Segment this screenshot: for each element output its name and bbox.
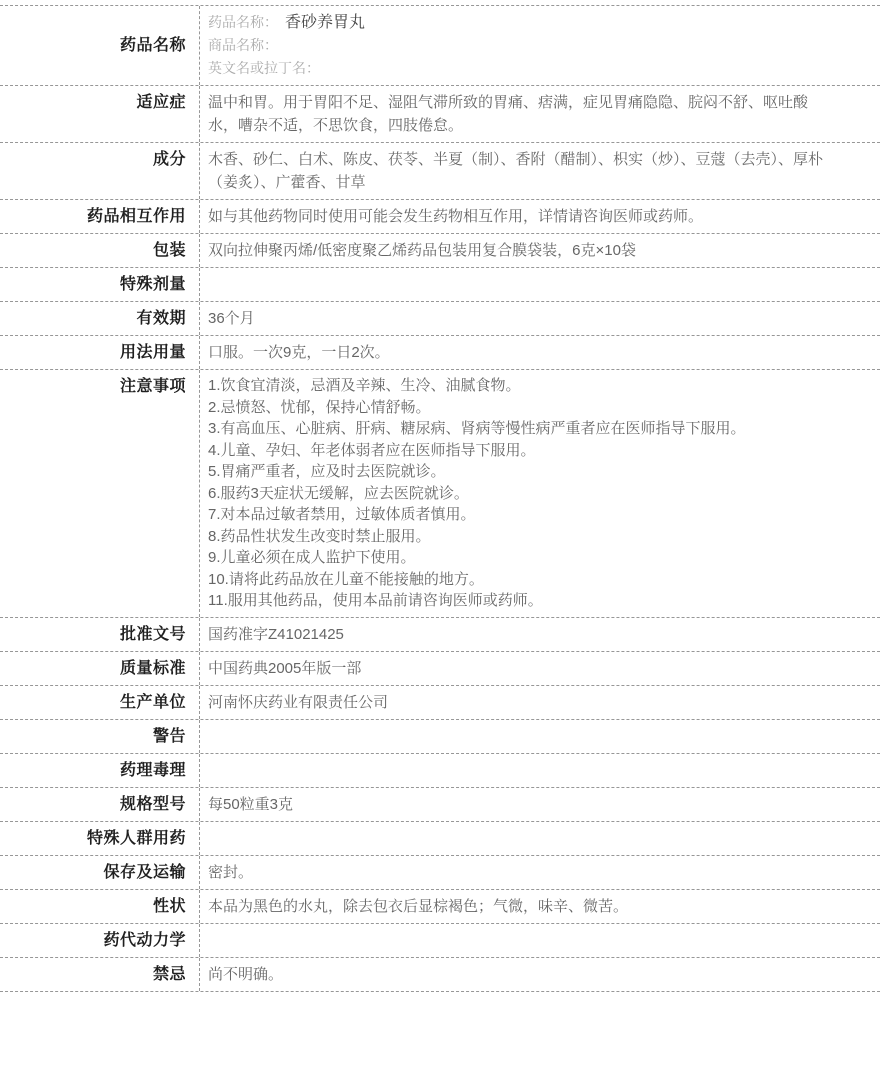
row-label-contraindications: 禁忌 xyxy=(0,958,200,991)
row-label-drug-interactions: 药品相互作用 xyxy=(0,200,200,233)
row-content-contraindications: 尚不明确。 xyxy=(200,958,880,991)
row-label-special-population: 特殊人群用药 xyxy=(0,822,200,855)
row-label-shelf-life: 有效期 xyxy=(0,302,200,335)
precaution-item: 4.儿童、孕妇、年老体弱者应在医师指导下服用。 xyxy=(208,440,832,462)
table-row-special-population: 特殊人群用药 xyxy=(0,822,880,856)
row-label-pharmacology-toxicology: 药理毒理 xyxy=(0,754,200,787)
table-row-indications: 适应症温中和胃。用于胃阳不足、湿阻气滞所致的胃痛、痞满，症见胃痛隐隐、脘闷不舒、… xyxy=(0,86,880,143)
table-row-approval-number: 批准文号国药准字Z41021425 xyxy=(0,618,880,652)
table-row-contraindications: 禁忌尚不明确。 xyxy=(0,958,880,992)
precaution-item: 6.服药3天症状无缓解，应去医院就诊。 xyxy=(208,483,832,505)
row-label-precautions: 注意事项 xyxy=(0,370,200,617)
drug-name-value: 香砂养胃丸 xyxy=(285,14,365,31)
row-content-drug-name: 药品名称：香砂养胃丸商品名称：英文名或拉丁名： xyxy=(200,6,880,85)
row-label-pharmacokinetics: 药代动力学 xyxy=(0,924,200,957)
row-content-special-dosage xyxy=(200,268,880,301)
table-row-drug-interactions: 药品相互作用如与其他药物同时使用可能会发生药物相互作用，详情请咨询医师或药师。 xyxy=(0,200,880,234)
row-content-pharmacology-toxicology xyxy=(200,754,880,787)
row-label-properties: 性状 xyxy=(0,890,200,923)
row-label-special-dosage: 特殊剂量 xyxy=(0,268,200,301)
row-content-approval-number: 国药准字Z41021425 xyxy=(200,618,880,651)
name-field-label: 药品名称： xyxy=(208,14,278,30)
precaution-item: 7.对本品过敏者禁用，过敏体质者慎用。 xyxy=(208,504,832,526)
row-content-storage-transport: 密封。 xyxy=(200,856,880,889)
row-content-specification: 每50粒重3克 xyxy=(200,788,880,821)
table-row-pharmacology-toxicology: 药理毒理 xyxy=(0,754,880,788)
table-row-manufacturer: 生产单位河南怀庆药业有限责任公司 xyxy=(0,686,880,720)
precaution-item: 2.忌愤怒、忧郁，保持心情舒畅。 xyxy=(208,397,832,419)
row-label-manufacturer: 生产单位 xyxy=(0,686,200,719)
precaution-item: 1.饮食宜清淡，忌酒及辛辣、生冷、油腻食物。 xyxy=(208,375,832,397)
row-label-warning: 警告 xyxy=(0,720,200,753)
name-field-label: 英文名或拉丁名： xyxy=(208,60,320,76)
table-row-precautions: 注意事项1.饮食宜清淡，忌酒及辛辣、生冷、油腻食物。2.忌愤怒、忧郁，保持心情舒… xyxy=(0,370,880,618)
name-field-line: 药品名称：香砂养胃丸 xyxy=(208,11,832,34)
row-label-quality-standard: 质量标准 xyxy=(0,652,200,685)
row-label-packaging: 包装 xyxy=(0,234,200,267)
row-label-specification: 规格型号 xyxy=(0,788,200,821)
table-row-ingredients: 成分木香、砂仁、白术、陈皮、茯苓、半夏（制）、香附（醋制）、枳实（炒）、豆蔻（去… xyxy=(0,143,880,200)
table-row-packaging: 包装双向拉伸聚丙烯/低密度聚乙烯药品包装用复合膜袋装，6克×10袋 xyxy=(0,234,880,268)
row-content-indications: 温中和胃。用于胃阳不足、湿阻气滞所致的胃痛、痞满，症见胃痛隐隐、脘闷不舒、呕吐酸… xyxy=(200,86,880,142)
name-field-line: 商品名称： xyxy=(208,34,832,57)
name-field-line: 英文名或拉丁名： xyxy=(208,57,832,80)
table-row-warning: 警告 xyxy=(0,720,880,754)
row-label-storage-transport: 保存及运输 xyxy=(0,856,200,889)
precaution-item: 3.有高血压、心脏病、肝病、糖尿病、肾病等慢性病严重者应在医师指导下服用。 xyxy=(208,418,832,440)
row-content-precautions: 1.饮食宜清淡，忌酒及辛辣、生冷、油腻食物。2.忌愤怒、忧郁，保持心情舒畅。3.… xyxy=(200,370,880,617)
table-row-properties: 性状本品为黑色的水丸，除去包衣后显棕褐色；气微，味辛、微苦。 xyxy=(0,890,880,924)
table-row-drug-name: 药品名称药品名称：香砂养胃丸商品名称：英文名或拉丁名： xyxy=(0,6,880,86)
row-content-special-population xyxy=(200,822,880,855)
table-row-quality-standard: 质量标准中国药典2005年版一部 xyxy=(0,652,880,686)
name-field-label: 商品名称： xyxy=(208,37,278,53)
row-content-drug-interactions: 如与其他药物同时使用可能会发生药物相互作用，详情请咨询医师或药师。 xyxy=(200,200,880,233)
row-content-usage-dosage: 口服。一次9克，一日2次。 xyxy=(200,336,880,369)
precaution-item: 8.药品性状发生改变时禁止服用。 xyxy=(208,526,832,548)
precaution-item: 9.儿童必须在成人监护下使用。 xyxy=(208,547,832,569)
row-content-pharmacokinetics xyxy=(200,924,880,957)
table-row-shelf-life: 有效期36个月 xyxy=(0,302,880,336)
row-label-approval-number: 批准文号 xyxy=(0,618,200,651)
row-label-drug-name: 药品名称 xyxy=(0,6,200,85)
row-content-ingredients: 木香、砂仁、白术、陈皮、茯苓、半夏（制）、香附（醋制）、枳实（炒）、豆蔻（去壳）… xyxy=(200,143,880,199)
table-row-special-dosage: 特殊剂量 xyxy=(0,268,880,302)
row-content-warning xyxy=(200,720,880,753)
table-row-usage-dosage: 用法用量口服。一次9克，一日2次。 xyxy=(0,336,880,370)
row-content-packaging: 双向拉伸聚丙烯/低密度聚乙烯药品包装用复合膜袋装，6克×10袋 xyxy=(200,234,880,267)
row-content-manufacturer: 河南怀庆药业有限责任公司 xyxy=(200,686,880,719)
table-row-specification: 规格型号每50粒重3克 xyxy=(0,788,880,822)
row-content-shelf-life: 36个月 xyxy=(200,302,880,335)
table-row-pharmacokinetics: 药代动力学 xyxy=(0,924,880,958)
row-content-properties: 本品为黑色的水丸，除去包衣后显棕褐色；气微，味辛、微苦。 xyxy=(200,890,880,923)
precaution-item: 11.服用其他药品，使用本品前请咨询医师或药师。 xyxy=(208,590,832,612)
table-row-storage-transport: 保存及运输密封。 xyxy=(0,856,880,890)
row-label-indications: 适应症 xyxy=(0,86,200,142)
drug-info-table: 药品名称药品名称：香砂养胃丸商品名称：英文名或拉丁名：适应症温中和胃。用于胃阳不… xyxy=(0,5,880,992)
precaution-item: 10.请将此药品放在儿童不能接触的地方。 xyxy=(208,569,832,591)
precaution-item: 5.胃痛严重者，应及时去医院就诊。 xyxy=(208,461,832,483)
row-content-quality-standard: 中国药典2005年版一部 xyxy=(200,652,880,685)
row-label-ingredients: 成分 xyxy=(0,143,200,199)
row-label-usage-dosage: 用法用量 xyxy=(0,336,200,369)
